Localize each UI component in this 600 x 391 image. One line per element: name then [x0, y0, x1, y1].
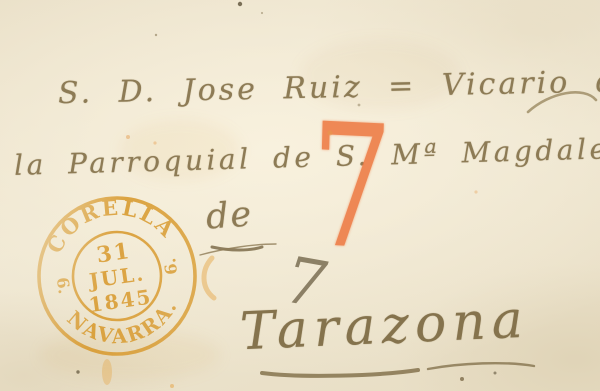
paper-speck	[76, 370, 79, 373]
paper-speck	[238, 2, 242, 6]
orange-speck	[474, 190, 477, 193]
paper-speck	[155, 34, 157, 36]
letter-cover: S. D. Jose Ruiz = Vicario de la Parroqui…	[0, 0, 600, 391]
orange-speck	[170, 384, 174, 388]
ink-dot	[460, 377, 464, 381]
destination-underline-1	[262, 370, 418, 376]
paper-speck	[494, 372, 497, 375]
orange-speck	[126, 135, 130, 139]
destination-underline-2	[428, 363, 534, 369]
postmark-right-rate: 6.	[160, 257, 181, 276]
paper-speck	[261, 12, 263, 14]
de-underline	[212, 247, 262, 250]
postmark-left-rate: 6.	[53, 276, 74, 295]
address-line-2: la Parroquial de S. Mª Magdalena	[14, 131, 600, 182]
red-rate-mark: 7	[308, 118, 393, 258]
address-line-3: de	[205, 194, 255, 237]
de-underline-thin	[200, 244, 276, 255]
postmark-stamp: CORELLA NAVARRA. 6. 6. 31 JUL. 1845	[27, 186, 207, 366]
